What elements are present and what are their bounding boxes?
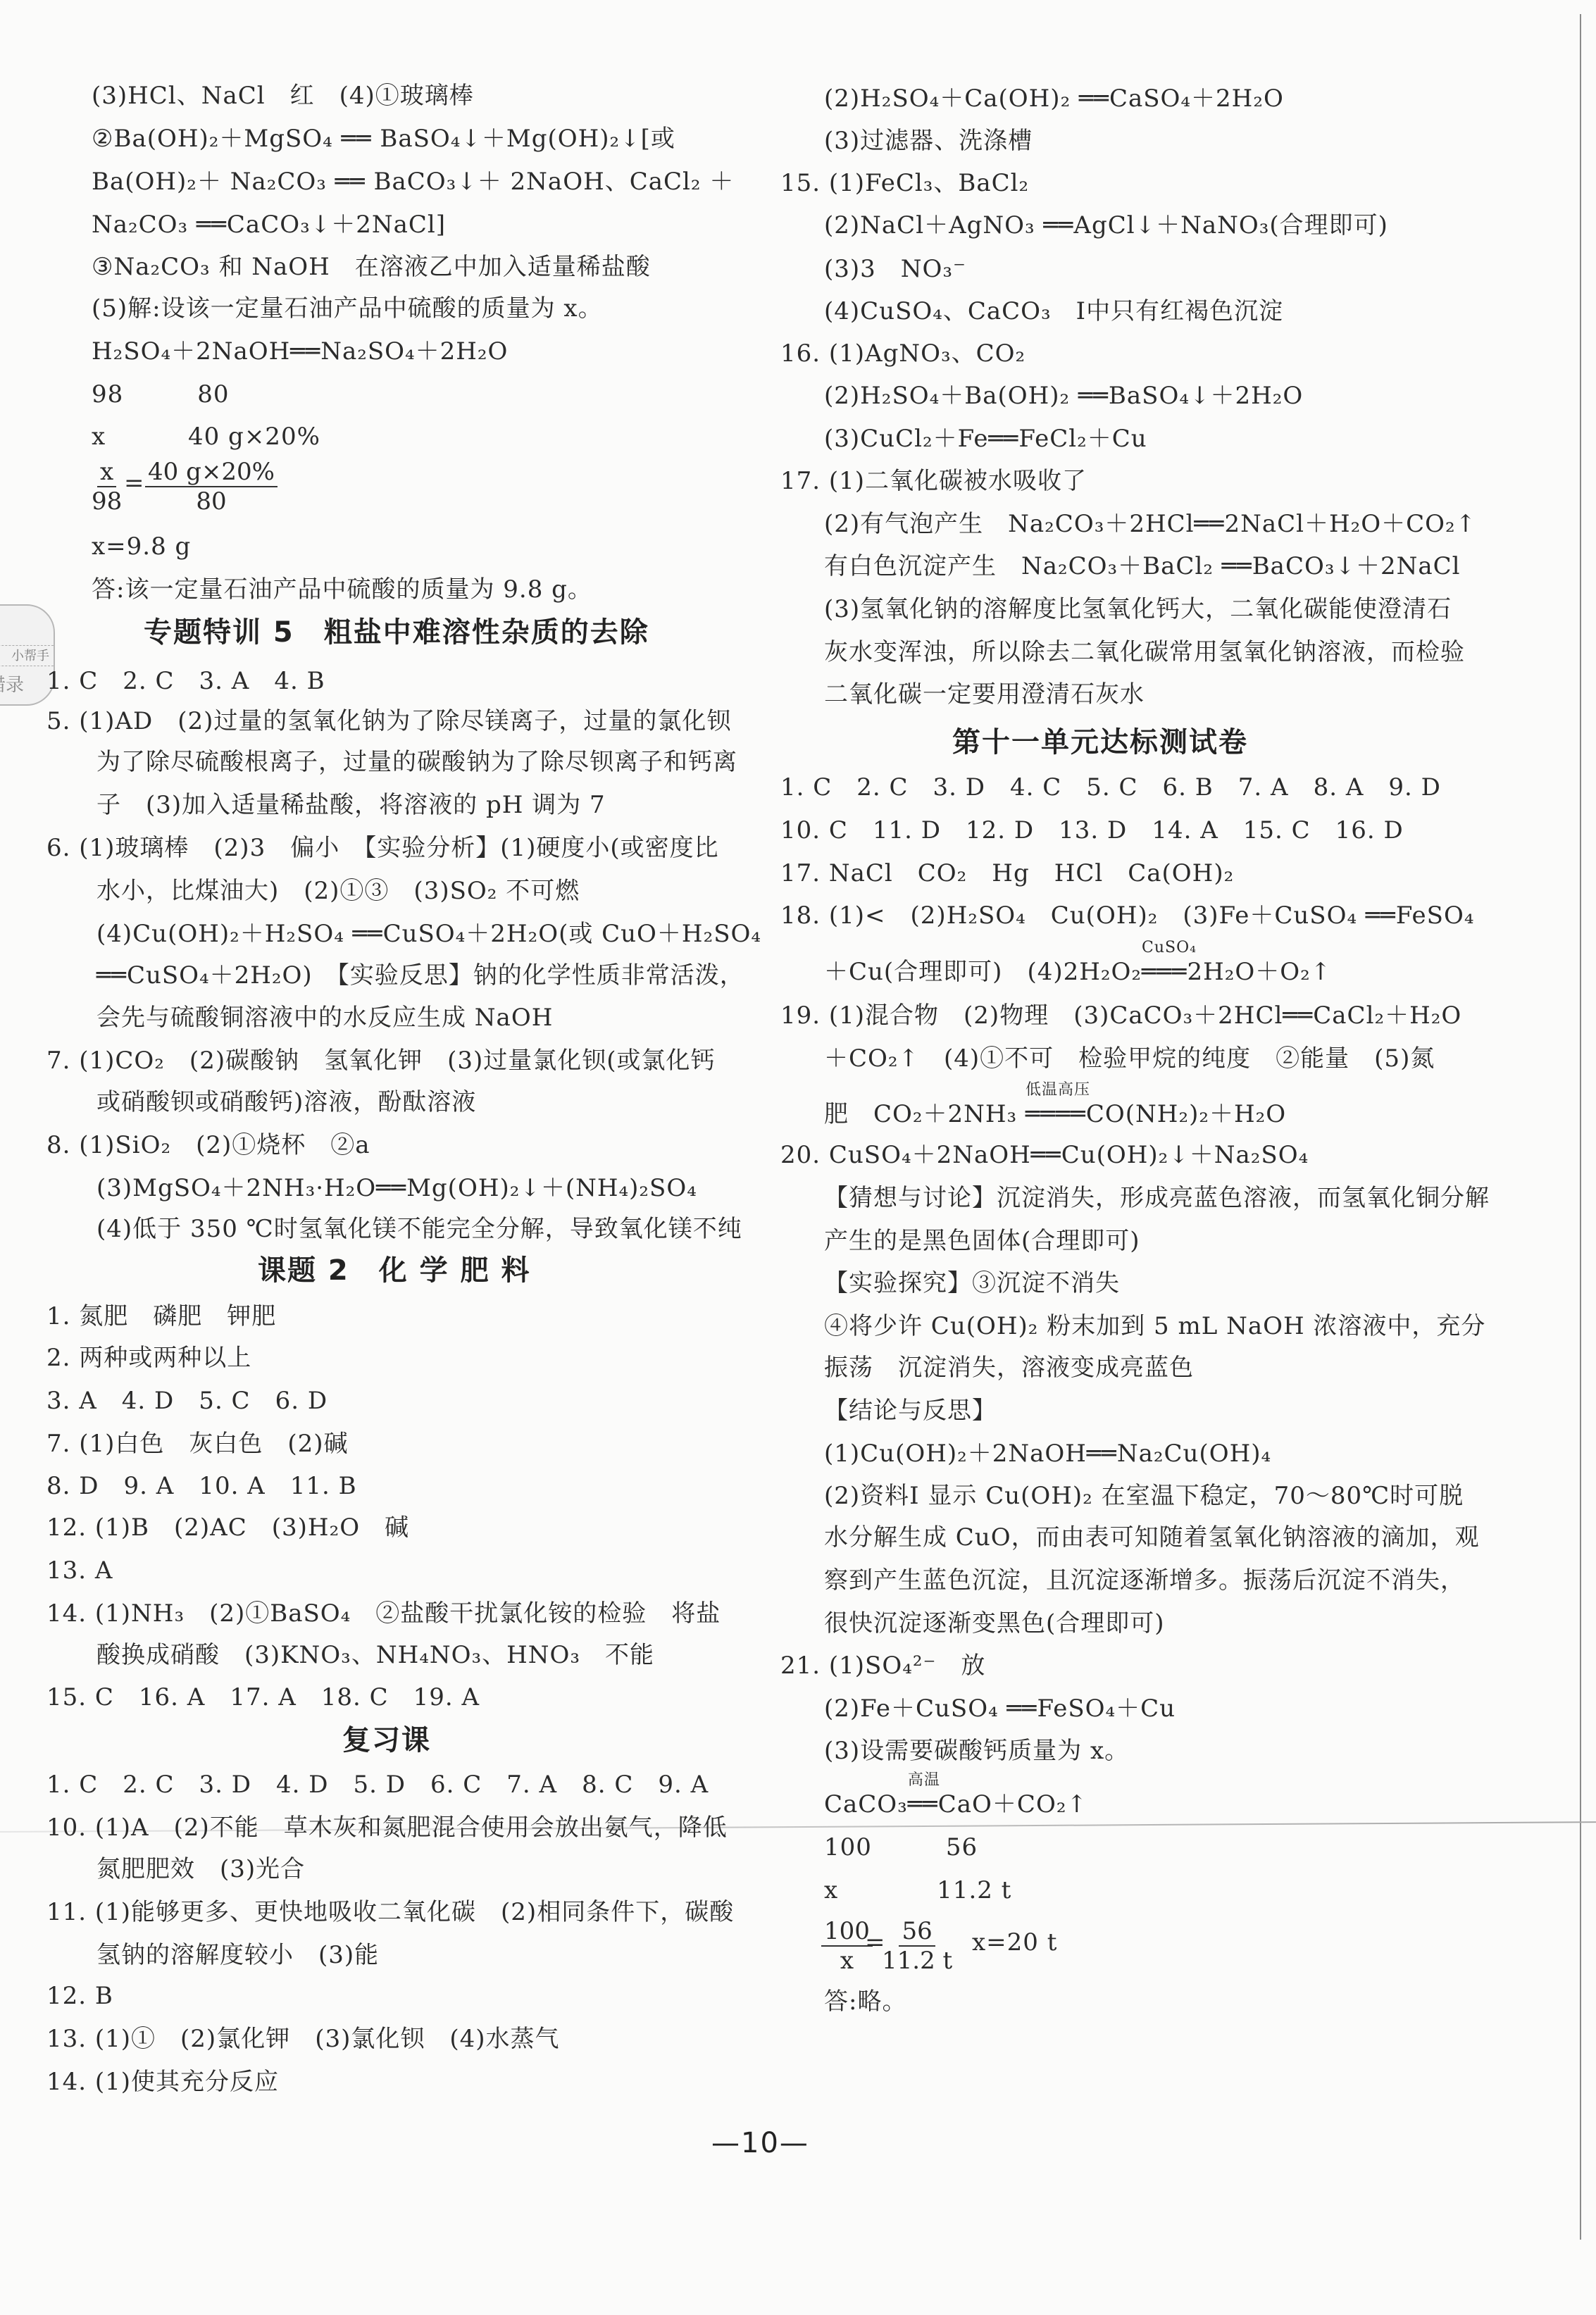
text-line: 17. (1)二氧化碳被水吸收了 <box>780 466 1087 497</box>
text-line: 7. (1)白色 灰白色 (2)碱 <box>46 1428 349 1459</box>
text-line: (4)Cu(OH)₂＋H₂SO₄ ══CuSO₄＋2H₂O(或 CuO＋H₂SO… <box>96 918 761 949</box>
text-line: 14. (1)使其充分反应 <box>46 2066 279 2097</box>
reaction-condition: 高温══ <box>908 1789 938 1820</box>
text-line: 19. (1)混合物 (2)物理 (3)CaCO₃＋2HCl══CaCl₂＋H₂… <box>780 1000 1461 1031</box>
text-line: (2)NaCl＋AgNO₃ ══AgCl↓＋NaNO₃(合理即可) <box>824 210 1388 241</box>
text-line: 灰水变浑浊，所以除去二氧化碳常用氢氧化钠溶液，而检验 <box>824 637 1465 668</box>
text-line: 8. (1)SiO₂ (2)①烧杯 ②a <box>46 1130 370 1161</box>
text-line: (3)CuCl₂＋Fe══FeCl₂＋Cu <box>824 423 1147 454</box>
text-line: (3)过滤器、洗涤槽 <box>824 125 1033 156</box>
text-line: 3. A 4. D 5. C 6. D <box>46 1385 328 1416</box>
text-line: ③Na₂CO₃ 和 NaOH 在溶液乙中加入适量稀盐酸 <box>92 251 651 282</box>
text-line: 13. (1)① (2)氯化钾 (3)氯化钡 (4)水蒸气 <box>46 2023 560 2054</box>
text-line: 15. C 16. A 17. A 18. C 19. A <box>46 1682 480 1713</box>
text-line: 酸换成硝酸 (3)KNO₃、NH₄NO₃、HNO₃ 不能 <box>96 1640 654 1671</box>
text-line: 产生的是黑色固体(合理即可) <box>824 1225 1140 1256</box>
text-line: 8. D 9. A 10. A 11. B <box>46 1471 357 1502</box>
scan-edge-line <box>1580 14 1581 2240</box>
answer-line: 答:略。 <box>824 1986 906 2017</box>
text-line: 2. 两种或两种以上 <box>46 1342 251 1373</box>
answer-key-page: ✓ 小帮手 错录 (3)HCl、NaCl 红 (4)①玻璃棒 ②Ba(OH)₂＋… <box>0 0 1596 2315</box>
stamp-band-text: 小帮手 <box>0 645 54 666</box>
text-line: 1. 氮肥 磷肥 钾肥 <box>46 1301 276 1332</box>
text-line: (2)Fe＋CuSO₄ ══FeSO₄＋Cu <box>824 1693 1176 1724</box>
text-line: (3)设需要碳酸钙质量为 x。 <box>824 1735 1129 1766</box>
text-line: 氢钠的溶解度较小 (3)能 <box>96 1940 379 1971</box>
page-number: —10— <box>711 2127 809 2159</box>
text-line: (2)H₂SO₄＋Ca(OH)₂ ══CaSO₄＋2H₂O <box>824 83 1284 114</box>
text-line: 水小，比煤油大) (2)①③ (3)SO₂ 不可燃 <box>96 875 580 906</box>
text-line: 会先与硫酸铜溶液中的水反应生成 NaOH <box>96 1002 553 1033</box>
text-line: 1. C 2. C 3. D 4. C 5. C 6. B 7. A 8. A … <box>780 772 1441 803</box>
text-line: ②Ba(OH)₂＋MgSO₄ ══ BaSO₄↓＋Mg(OH)₂↓[或 <box>92 123 675 154</box>
text-line: 或硝酸钡或硝酸钙)溶液，酚酞溶液 <box>96 1087 476 1118</box>
text-line: 10. C 11. D 12. D 13. D 14. A 15. C 16. … <box>780 815 1404 846</box>
text-line: (2)H₂SO₄＋Ba(OH)₂ ══BaSO₄↓＋2H₂O <box>824 380 1303 411</box>
equation-line: H₂SO₄＋2NaOH══Na₂SO₄＋2H₂O <box>92 336 508 367</box>
stamp-label: 错录 <box>0 670 24 697</box>
text-line: (3)HCl、NaCl 红 (4)①玻璃棒 <box>92 80 474 111</box>
section-heading: 第十一单元达标测试卷 <box>952 725 1248 759</box>
text-line: (1)Cu(OH)₂＋2NaOH══Na₂Cu(OH)₄ <box>824 1438 1271 1469</box>
text-line: 20. CuSO₄＋2NaOH══Cu(OH)₂↓＋Na₂SO₄ <box>780 1140 1309 1171</box>
text-line: (2)有气泡产生 Na₂CO₃＋2HCl══2NaCl＋H₂O＋CO₂↑ <box>824 508 1476 539</box>
text-line: 15. (1)FeCl₃、BaCl₂ <box>780 168 1029 199</box>
text-line: 振荡 沉淀消失，溶液变成亮蓝色 <box>824 1352 1194 1383</box>
fraction-left: x 98 <box>92 458 122 516</box>
text-line: 18. (1)< (2)H₂SO₄ Cu(OH)₂ (3)Fe＋CuSO₄ ══… <box>780 900 1474 931</box>
text-line: Ba(OH)₂＋ Na₂CO₃ ══ BaCO₃↓＋ 2NaOH、CaCl₂ ＋ <box>92 166 734 197</box>
text-line: 二氧化碳一定要用澄清石灰水 <box>824 679 1145 710</box>
ratio-line: x 11.2 t <box>824 1875 1011 1906</box>
text-line: (5)解:设该一定量石油产品中硫酸的质量为 x。 <box>92 293 603 324</box>
reaction-condition: CuSO₄═══ <box>1142 956 1187 987</box>
text-line: (3)MgSO₄＋2NH₃·H₂O══Mg(OH)₂↓＋(NH₄)₂SO₄ <box>96 1173 697 1204</box>
text-line: 很快沉淀逐渐变黑色(合理即可) <box>824 1608 1165 1639</box>
text-line: 10. (1)A (2)不能 草木灰和氮肥混合使用会放出氨气，降低 <box>46 1812 728 1843</box>
fraction-right: 40 g×20% 80 <box>145 458 278 516</box>
text-line: 6. (1)玻璃棒 (2)3 偏小 【实验分析】(1)硬度小(或密度比 <box>46 832 719 863</box>
text-line: 有白色沉淀产生 Na₂CO₃＋BaCl₂ ══BaCO₃↓＋2NaCl <box>824 551 1461 582</box>
text-line: (4)低于 350 ℃时氢氧化镁不能完全分解，导致氧化镁不纯 <box>96 1213 742 1244</box>
text-line: 【猜想与讨论】沉淀消失，形成亮蓝色溶液，而氢氧化铜分解 <box>824 1183 1490 1213</box>
reaction-condition: 低温高压════ <box>1025 1099 1086 1130</box>
text-line: Na₂CO₃ ══CaCO₃↓＋2NaCl] <box>92 209 446 240</box>
text-line: 13. A <box>46 1555 113 1586</box>
text-line: 1. C 2. C 3. A 4. B <box>46 666 325 697</box>
text-line: 【结论与反思】 <box>824 1395 997 1426</box>
text-line: ══CuSO₄＋2H₂O) 【实验反思】钠的化学性质非常活泼， <box>96 960 744 991</box>
result-text: x=20 t <box>972 1927 1057 1958</box>
text-line: 12. (1)B (2)AC (3)H₂O 碱 <box>46 1512 409 1543</box>
result-line: x=9.8 g <box>92 531 191 562</box>
text-line: 察到产生蓝色沉淀，且沉淀逐渐增多。振荡后沉淀不消失， <box>824 1565 1465 1596</box>
answer-line: 答:该一定量石油产品中硫酸的质量为 9.8 g。 <box>92 574 592 605</box>
section-heading: 课题 2 化 学 肥 料 <box>258 1254 531 1287</box>
equation-line: CaCO₃高温══CaO＋CO₂↑ <box>824 1789 1087 1820</box>
text-line: 【实验探究】③沉淀不消失 <box>824 1268 1120 1299</box>
check-mark-icon: ✓ <box>0 616 4 640</box>
section-heading: 专题特训 5 粗盐中难溶性杂质的去除 <box>144 616 649 649</box>
text-line: (3)氢氧化钠的溶解度比氢氧化钙大，二氧化碳能使澄清石 <box>824 594 1452 625</box>
text-line: 1. C 2. C 3. D 4. D 5. D 6. C 7. A 8. C … <box>46 1769 709 1800</box>
text-line: 17. NaCl CO₂ Hg HCl Ca(OH)₂ <box>780 858 1234 889</box>
text-line: 水分解生成 CuO，而由表可知随着氢氧化钠溶液的滴加，观 <box>824 1522 1480 1553</box>
text-line: ④将少许 Cu(OH)₂ 粉末加到 5 mL NaOH 浓溶液中，充分 <box>824 1311 1485 1342</box>
text-line: (3)3 NO₃⁻ <box>824 254 966 285</box>
text-line: 11. (1)能够更多、更快地吸收二氧化碳 (2)相同条件下，碳酸 <box>46 1897 734 1928</box>
text-line: (4)CuSO₄、CaCO₃ Ⅰ中只有红褐色沉淀 <box>824 296 1283 327</box>
fraction-right: 56 11.2 t <box>882 1917 952 1975</box>
equation-line: 肥 CO₂＋2NH₃ 低温高压════CO(NH₂)₂＋H₂O <box>824 1099 1286 1130</box>
ratio-line: x 40 g×20% <box>92 421 320 452</box>
text-line: ＋CO₂↑ (4)①不可 检验甲烷的纯度 ②能量 (5)氮 <box>824 1043 1435 1074</box>
text-line: 5. (1)AD (2)过量的氢氧化钠为了除尽镁离子，过量的氯化钡 <box>46 706 731 737</box>
text-line: 21. (1)SO₄²⁻ 放 <box>780 1650 985 1681</box>
text-line: (2)资料Ⅰ 显示 Cu(OH)₂ 在室温下稳定，70～80℃时可脱 <box>824 1480 1464 1511</box>
text-line: 子 (3)加入适量稀盐酸，将溶液的 pH 调为 7 <box>96 790 606 820</box>
text-line: 为了除尽硫酸根离子，过量的碳酸钠为了除尽钡离子和钙离 <box>96 747 737 778</box>
section-heading: 复习课 <box>342 1723 431 1757</box>
text-line: 12. B <box>46 1980 113 2011</box>
text-line: 16. (1)AgNO₃、CO₂ <box>780 338 1025 369</box>
ratio-line: 98 80 <box>92 379 230 410</box>
equation-line: ＋Cu(合理即可) (4)2H₂O₂CuSO₄═══2H₂O＋O₂↑ <box>824 956 1331 987</box>
ratio-line: 100 56 <box>824 1832 978 1863</box>
text-line: 7. (1)CO₂ (2)碳酸钠 氢氧化钾 (3)过量氯化钡(或氯化钙 <box>46 1045 716 1076</box>
text-line: 14. (1)NH₃ (2)①BaSO₄ ②盐酸干扰氯化铵的检验 将盐 <box>46 1598 721 1629</box>
text-line: 氮肥肥效 (3)光合 <box>96 1854 305 1885</box>
